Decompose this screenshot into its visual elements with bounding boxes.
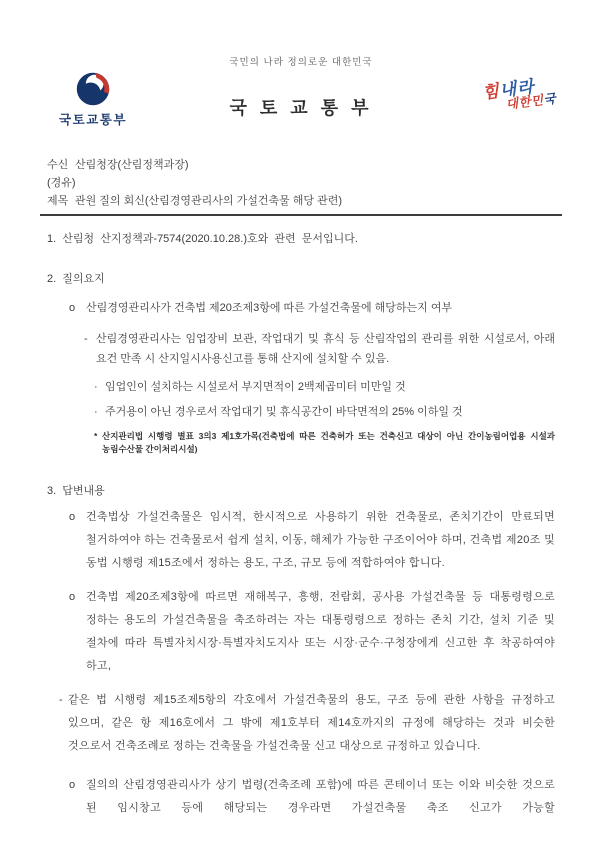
reference-paragraph: 1. 산림청 산지정책과-7574(2020.10.28.)호와 관련 문서입니…	[47, 230, 555, 246]
subject-divider	[40, 214, 562, 216]
answer-subparagraph: -같은 법 시행령 제15조제5항의 각호에서 가설건축물의 용도, 구조 등에…	[47, 689, 555, 758]
stamp-line2-navy: 국	[542, 91, 556, 106]
bullet-marker: o	[69, 506, 75, 529]
bullet-marker: o	[69, 774, 75, 797]
section2-body: o산림경영관리사가 건축법 제20조제3항에 따른 가설건축물에 해당하는지 여…	[47, 298, 555, 456]
footnote: *산지관리법 시행령 별표 3의3 제1호가목(건축법에 따른 건축허가 또는 …	[47, 430, 555, 456]
recipient-value: 산림청장(산림정책과장)	[75, 159, 189, 171]
paragraph-text: 건축법 제20조제3항에 따르면 재해복구, 흥행, 전람회, 공사용 가설건축…	[86, 591, 555, 672]
condition-item: ·임업인이 설치하는 시설로서 부지면적이 2백제곱미터 미만일 것	[47, 380, 555, 394]
inquiry-paragraph: o산림경영관리사가 건축법 제20조제3항에 따른 가설건축물에 해당하는지 여…	[47, 298, 555, 318]
via-line: (경유)	[47, 174, 555, 192]
dash-marker: -	[84, 329, 88, 349]
letterhead: 국토교통부 국 토 교 통 부 힘내라 대한민국	[47, 68, 555, 154]
section2-title: 2. 질의요지	[47, 270, 555, 286]
via-value: (경유)	[47, 177, 76, 189]
paragraph-text: 주거용이 아닌 경우로서 작업대기 및 휴식공간이 바닥면적의 25% 이하일 …	[105, 406, 463, 418]
answer-paragraph: o건축법상 가설건축물은 임시적, 한시적으로 사용하기 위한 건축물로, 존치…	[47, 506, 555, 575]
dot-marker: ·	[94, 380, 98, 394]
dash-marker: -	[59, 689, 63, 712]
condition-item: ·주거용이 아닌 경우로서 작업대기 및 휴식공간이 바닥면적의 25% 이하일…	[47, 405, 555, 419]
recipient-line: 수신산림청장(산림정책과장)	[47, 156, 555, 174]
ministry-title: 국 토 교 통 부	[47, 94, 555, 120]
section3-body: o건축법상 가설건축물은 임시적, 한시적으로 사용하기 위한 건축물로, 존치…	[47, 506, 555, 820]
section3-title: 3. 답변내용	[47, 482, 555, 498]
government-slogan: 국민의 나라 정의로운 대한민국	[47, 0, 555, 68]
subject-label: 제목	[47, 192, 75, 210]
dot-marker: ·	[94, 405, 98, 419]
paragraph-text: 산림경영관리사가 건축법 제20조제3항에 따른 가설건축물에 해당하는지 여부	[86, 302, 452, 314]
paragraph-text: 같은 법 시행령 제15조제5항의 각호에서 가설건축물의 용도, 구조 등에 …	[68, 694, 555, 752]
inquiry-subparagraph: -산림경영관리사는 임업장비 보관, 작업대기 및 휴식 등 산림작업의 관리를…	[47, 329, 555, 369]
subject-line: 제목관원 질의 회신(산림경영관리사의 가설건축물 해당 관련)	[47, 192, 555, 210]
answer-paragraph: o건축법 제20조제3항에 따르면 재해복구, 흥행, 전람회, 공사용 가설건…	[47, 586, 555, 678]
recipient-label: 수신	[47, 156, 75, 174]
document-page: 국민의 나라 정의로운 대한민국 국토교통부 국 토 교 통 부 힘내라 대한민	[0, 0, 595, 842]
bullet-marker: o	[69, 298, 75, 318]
footnote-text: 산지관리법 시행령 별표 3의3 제1호가목(건축법에 따른 건축허가 또는 건…	[102, 431, 555, 454]
asterisk-marker: *	[94, 430, 97, 443]
subject-value: 관원 질의 회신(산림경영관리사의 가설건축물 해당 관련)	[75, 195, 342, 207]
bullet-marker: o	[69, 586, 75, 609]
answer-paragraph: o질의의 산림경영관리사가 상기 법령(건축조례 포함)에 따른 콘테이너 또는…	[47, 774, 555, 820]
paragraph-text: 질의의 산림경영관리사가 상기 법령(건축조례 포함)에 따른 콘테이너 또는 …	[86, 779, 555, 814]
paragraph-text: 산림경영관리사는 임업장비 보관, 작업대기 및 휴식 등 산림작업의 관리를 …	[96, 333, 555, 365]
paragraph-text: 임업인이 설치하는 시설로서 부지면적이 2백제곱미터 미만일 것	[105, 381, 406, 393]
paragraph-text: 건축법상 가설건축물은 임시적, 한시적으로 사용하기 위한 건축물로, 존치기…	[86, 511, 555, 569]
letter-meta-block: 수신산림청장(산림정책과장) (경유) 제목관원 질의 회신(산림경영관리사의 …	[47, 156, 555, 210]
